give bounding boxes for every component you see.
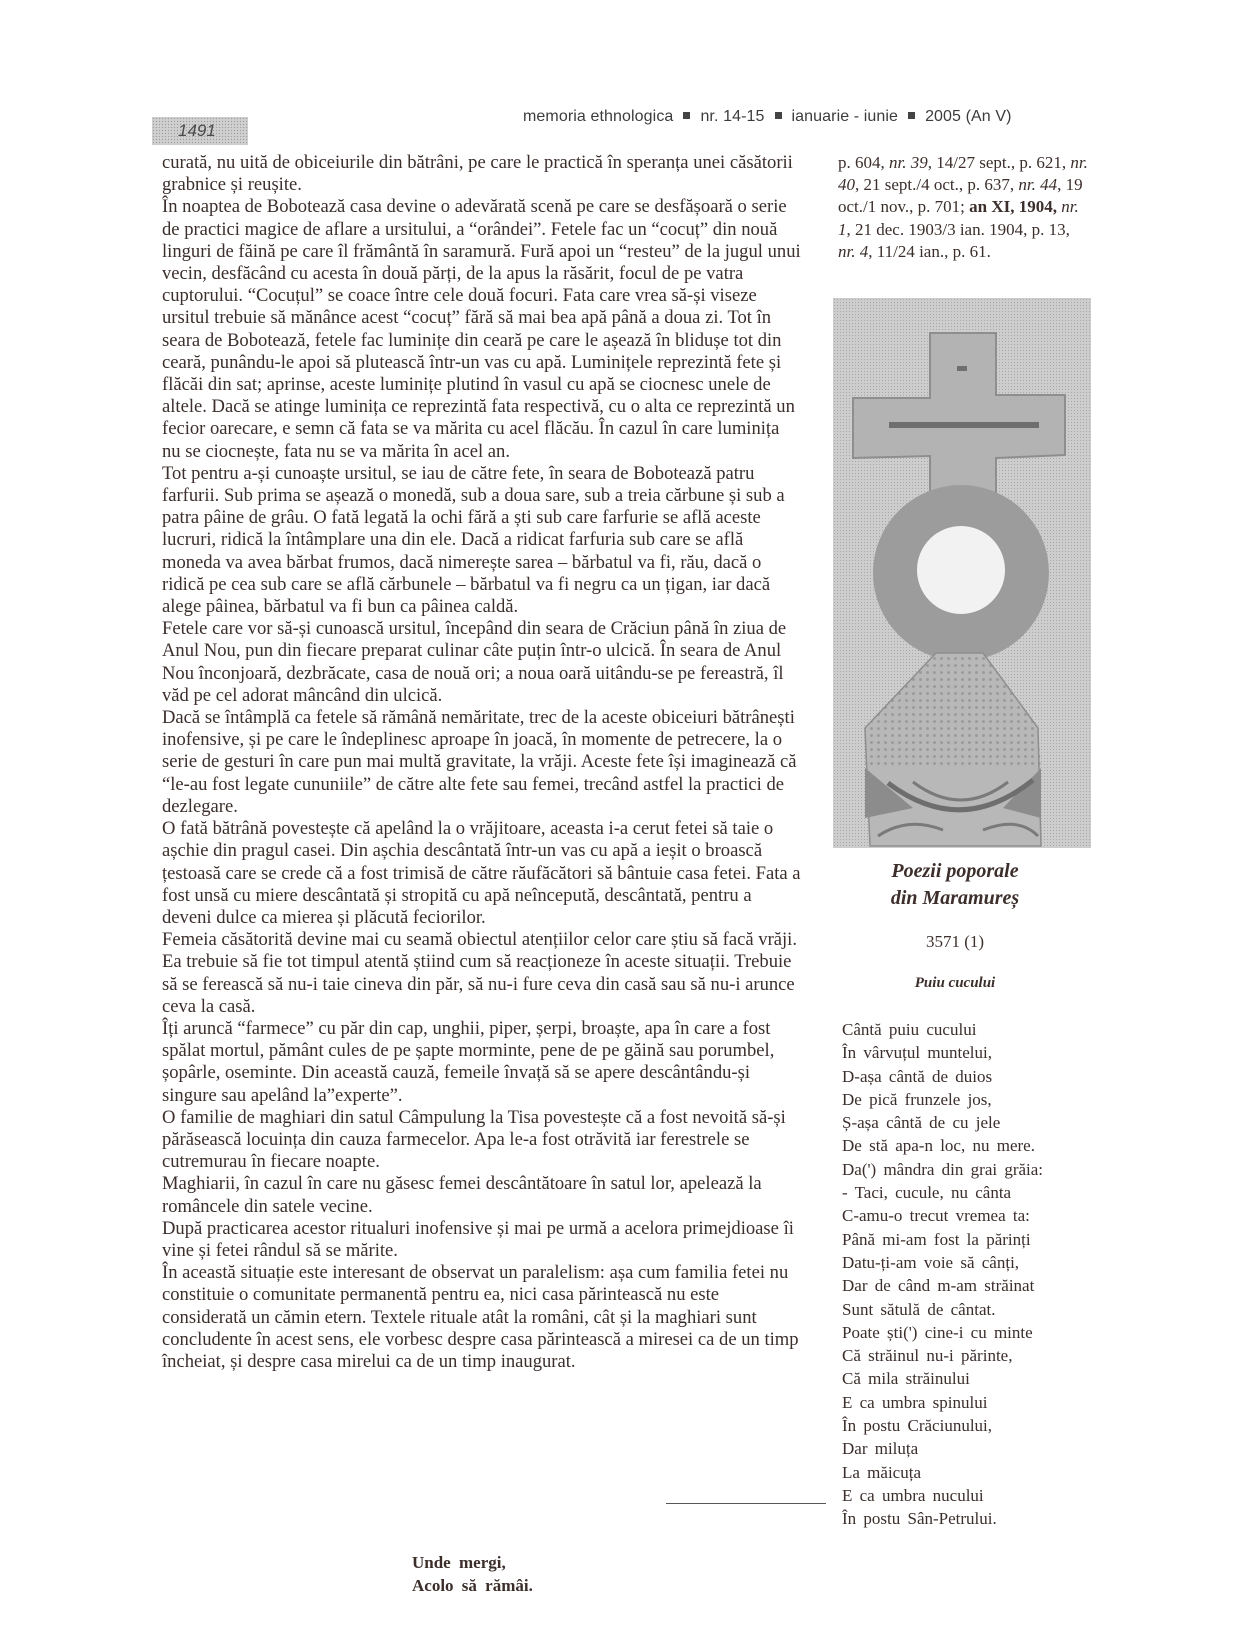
- poem-line: De pică frunzele jos,: [842, 1088, 1102, 1111]
- poem-line: C-amu-o trecut vremea ta:: [842, 1204, 1102, 1227]
- page-number: 1491: [152, 117, 248, 145]
- poem-line: D-așa cântă de duios: [842, 1065, 1102, 1088]
- poem-line: Poate ști(') cine-i cu minte: [842, 1321, 1102, 1344]
- poem-line: Datu-ți-am voie să cânți,: [842, 1251, 1102, 1274]
- poem-line: Da(') mândra din grai grăia:: [842, 1158, 1102, 1181]
- paragraph: O fată bătrână povestește că apelând la …: [162, 818, 802, 929]
- issue-number: nr. 14-15: [700, 108, 764, 125]
- poem-collection-title-line: Poezii poporale: [820, 858, 1090, 885]
- issue-period: ianuarie - iunie: [792, 108, 899, 125]
- epigraph-line: Unde mergi,: [412, 1551, 533, 1574]
- carved-cross-icon: [833, 298, 1091, 848]
- paragraph: O familie de maghiari din satul Câmpulun…: [162, 1107, 802, 1174]
- ref-text: , 21 dec. 1903/3 ian. 1904, p. 13,: [847, 220, 1070, 239]
- square-bullet-icon: [908, 112, 915, 119]
- running-header: memoria ethnologicanr. 14-15ianuarie - i…: [523, 108, 1012, 126]
- poem-line: Cântă puiu cucului: [842, 1018, 1102, 1041]
- poem-line: - Taci, cucule, nu cânta: [842, 1181, 1102, 1204]
- poem-line: Până mi-am fost la părinți: [842, 1228, 1102, 1251]
- poem-line: La măicuța: [842, 1461, 1102, 1484]
- poem-title: Puiu cucului: [820, 975, 1090, 992]
- paragraph: curată, nu uită de obiceiurile din bătrâ…: [162, 152, 802, 196]
- poem-line: Ș-așa cântă de cu jele: [842, 1111, 1102, 1134]
- poem-line: Dar miluța: [842, 1437, 1102, 1460]
- poem-line: E ca umbra spinului: [842, 1391, 1102, 1414]
- poem-line: Dar de când m-am străinat: [842, 1274, 1102, 1297]
- poem-collection-title-line: din Maramureș: [820, 885, 1090, 912]
- issue-year: 2005 (An V): [925, 108, 1011, 125]
- paragraph: Tot pentru a-și cunoaște ursitul, se iau…: [162, 463, 802, 618]
- poem-line: În vârvuțul muntelui,: [842, 1041, 1102, 1064]
- paragraph: Maghiarii, în cazul în care nu găsesc fe…: [162, 1173, 802, 1217]
- body-text-column: curată, nu uită de obiceiurile din bătrâ…: [162, 152, 802, 1373]
- square-bullet-icon: [775, 112, 782, 119]
- carved-cross-photo: [833, 298, 1091, 848]
- square-bullet-icon: [683, 112, 690, 119]
- epigraph-line: Acolo să rămâi.: [412, 1574, 533, 1597]
- section-divider: [666, 1503, 826, 1504]
- ref-text: , 21 sept./4 oct., p. 637,: [855, 175, 1018, 194]
- paragraph: După practicarea acestor ritualuri inofe…: [162, 1218, 802, 1262]
- poem-line: Că străinul nu-i părinte,: [842, 1344, 1102, 1367]
- poem-line: Sunt sătulă de cântat.: [842, 1298, 1102, 1321]
- paragraph: În noaptea de Bobotează casa devine o ad…: [162, 196, 802, 462]
- ref-text: , 11/24 ian., p. 61.: [868, 242, 991, 261]
- paragraph: Îți aruncă “farmece” cu păr din cap, ung…: [162, 1018, 802, 1107]
- paragraph: În această situație este interesant de o…: [162, 1262, 802, 1373]
- reference-note: p. 604, nr. 39, 14/27 sept., p. 621, nr.…: [838, 152, 1088, 263]
- ref-issue: nr. 44: [1018, 175, 1057, 194]
- paragraph: Dacă se întâmplă ca fetele să rămână nem…: [162, 707, 802, 818]
- poem-line: E ca umbra nucului: [842, 1484, 1102, 1507]
- journal-name: memoria ethnologica: [523, 108, 673, 125]
- epigraph: Unde mergi, Acolo să rămâi.: [412, 1551, 533, 1597]
- ref-issue: nr. 4: [838, 242, 868, 261]
- poem-line: În postu Crăciunului,: [842, 1414, 1102, 1437]
- poem-line: Că mila străinului: [842, 1367, 1102, 1390]
- poem-line: De stă apa-n loc, nu mere.: [842, 1134, 1102, 1157]
- ref-text: p. 604,: [838, 153, 889, 172]
- poem-collection-title: Poezii poporale din Maramureș: [820, 858, 1090, 912]
- ref-issue: nr. 39: [889, 153, 928, 172]
- paragraph: Femeia căsătorită devine mai cu seamă ob…: [162, 929, 802, 1018]
- paragraph: Fetele care vor să-și cunoască ursitul, …: [162, 618, 802, 707]
- ref-year: an XI, 1904,: [969, 197, 1057, 216]
- poem-number: 3571 (1): [820, 932, 1090, 952]
- poem-verses: Cântă puiu cucului În vârvuțul muntelui,…: [842, 1018, 1102, 1531]
- ref-text: , 14/27 sept., p. 621,: [928, 153, 1071, 172]
- poem-line: În postu Sân-Petrului.: [842, 1507, 1102, 1530]
